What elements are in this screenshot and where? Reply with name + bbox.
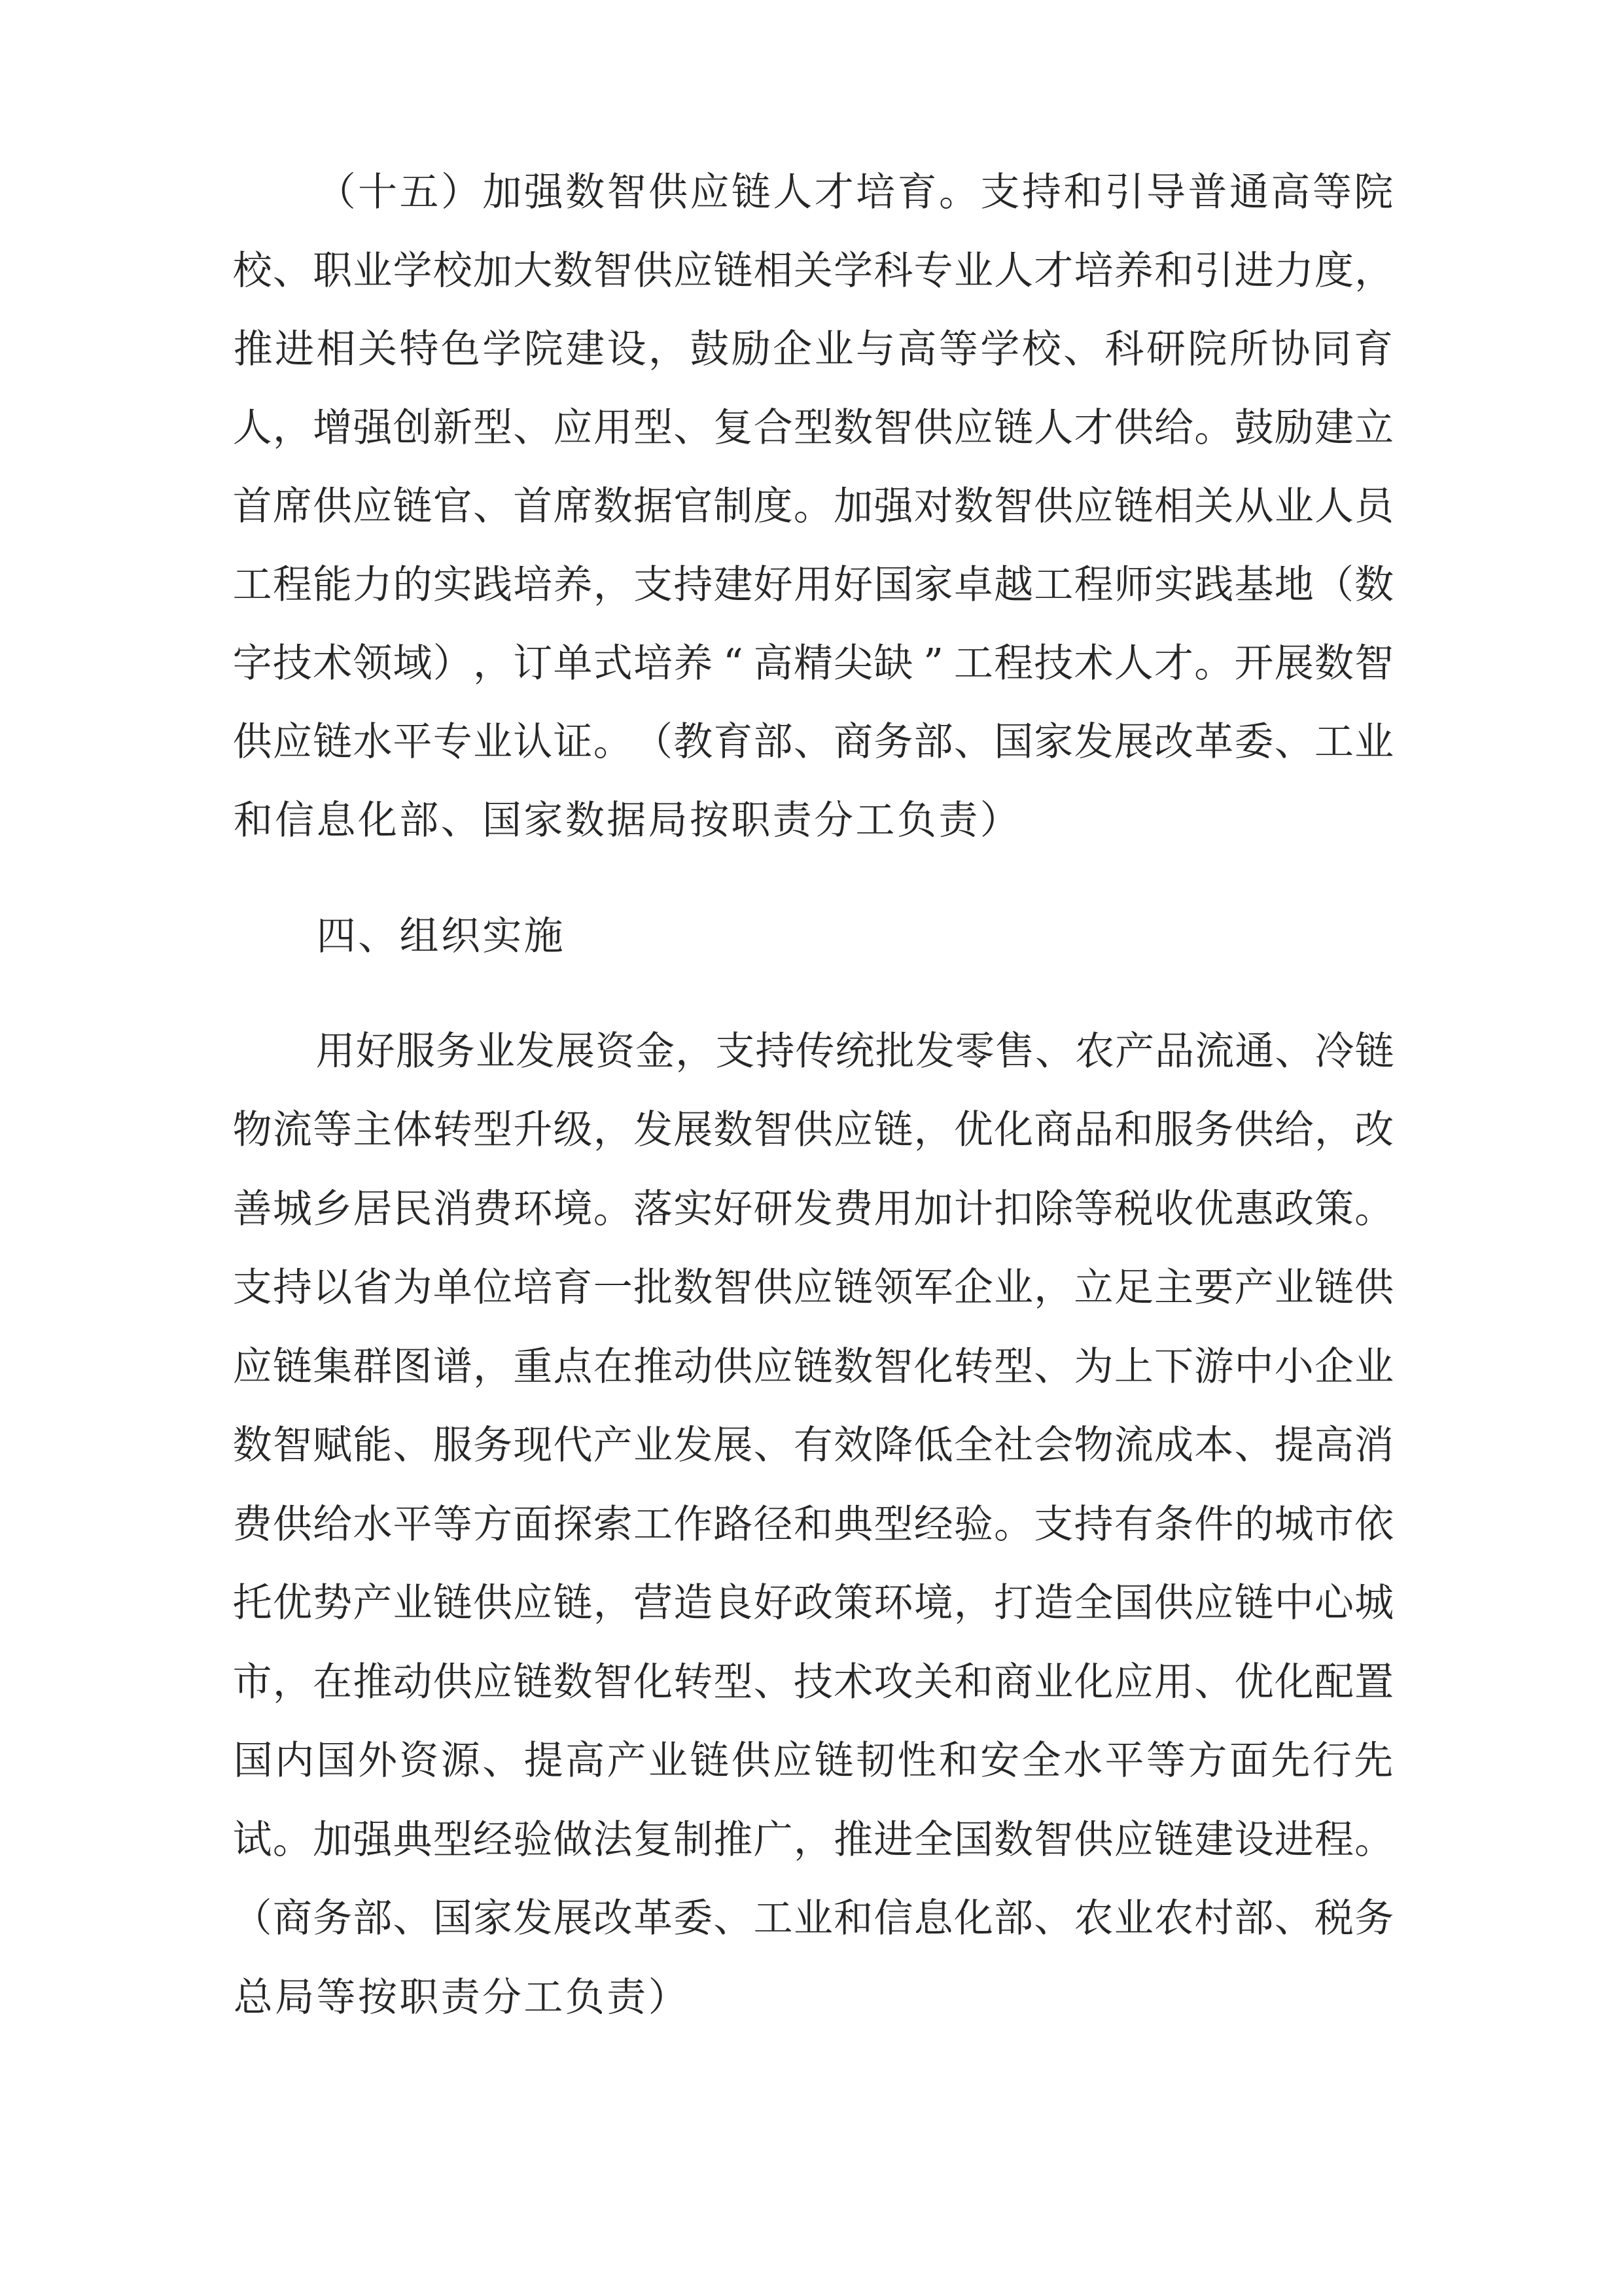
paragraph-line: 试。加强典型经验做法复制推广，推进全国数智供应链建设进程。 <box>232 1819 1394 1861</box>
paragraph-line: （十五）加强数智供应链人才培育。支持和引导普通高等院 <box>315 171 1394 213</box>
paragraph-line: 托优势产业链供应链，营造良好政策环境，打造全国供应链中心城 <box>232 1582 1394 1624</box>
paragraph-line: 数智赋能、服务现代产业发展、有效降低全社会物流成本、提高消 <box>232 1424 1394 1466</box>
paragraph-line: 供应链水平专业认证。（教育部、商务部、国家发展改革委、工业 <box>232 721 1394 763</box>
paragraph-line: 首席供应链官、首席数据官制度。加强对数智供应链相关从业人员 <box>232 486 1394 527</box>
paragraph-line: 用好服务业发展资金，支持传统批发零售、农产品流通、冷链 <box>315 1031 1394 1072</box>
paragraph-line: 人，增强创新型、应用型、复合型数智供应链人才供给。鼓励建立 <box>232 407 1394 449</box>
paragraph-line: 物流等主体转型升级，发展数智供应链，优化商品和服务供给，改 <box>232 1109 1394 1151</box>
paragraph-line: 推进相关特色学院建设，鼓励企业与高等学校、科研院所协同育 <box>232 328 1394 370</box>
section-heading: 四、组织实施 <box>315 915 564 957</box>
paragraph-line: 校、职业学校加大数智供应链相关学科专业人才培养和引进力度， <box>232 250 1394 292</box>
paragraph-line: （商务部、国家发展改革委、工业和信息化部、农业农村部、税务 <box>232 1898 1394 1939</box>
paragraph-line: 国内国外资源、提高产业链供应链韧性和安全水平等方面先行先 <box>232 1740 1394 1782</box>
paragraph-line: 善城乡居民消费环境。落实好研发费用加计扣除等税收优惠政策。 <box>232 1188 1394 1230</box>
paragraph-line: 支持以省为单位培育一批数智供应链领军企业，立足主要产业链供 <box>232 1267 1394 1309</box>
paragraph-line: 市，在推动供应链数智化转型、技术攻关和商业化应用、优化配置 <box>232 1661 1394 1703</box>
paragraph-line: 应链集群图谱，重点在推动供应链数智化转型、为上下游中小企业 <box>232 1346 1394 1388</box>
paragraph-line: 总局等按职责分工负责） <box>232 1977 688 2019</box>
paragraph-line: 和信息化部、国家数据局按职责分工负责） <box>232 800 1020 841</box>
paragraph-line: 费供给水平等方面探索工作路径和典型经验。支持有条件的城市依 <box>232 1504 1394 1545</box>
paragraph-line: 工程能力的实践培养，支持建好用好国家卓越工程师实践基地（数 <box>232 564 1394 606</box>
paragraph-line: 字技术领域），订单式培养“高精尖缺”工程技术人才。开展数智 <box>232 643 1394 684</box>
